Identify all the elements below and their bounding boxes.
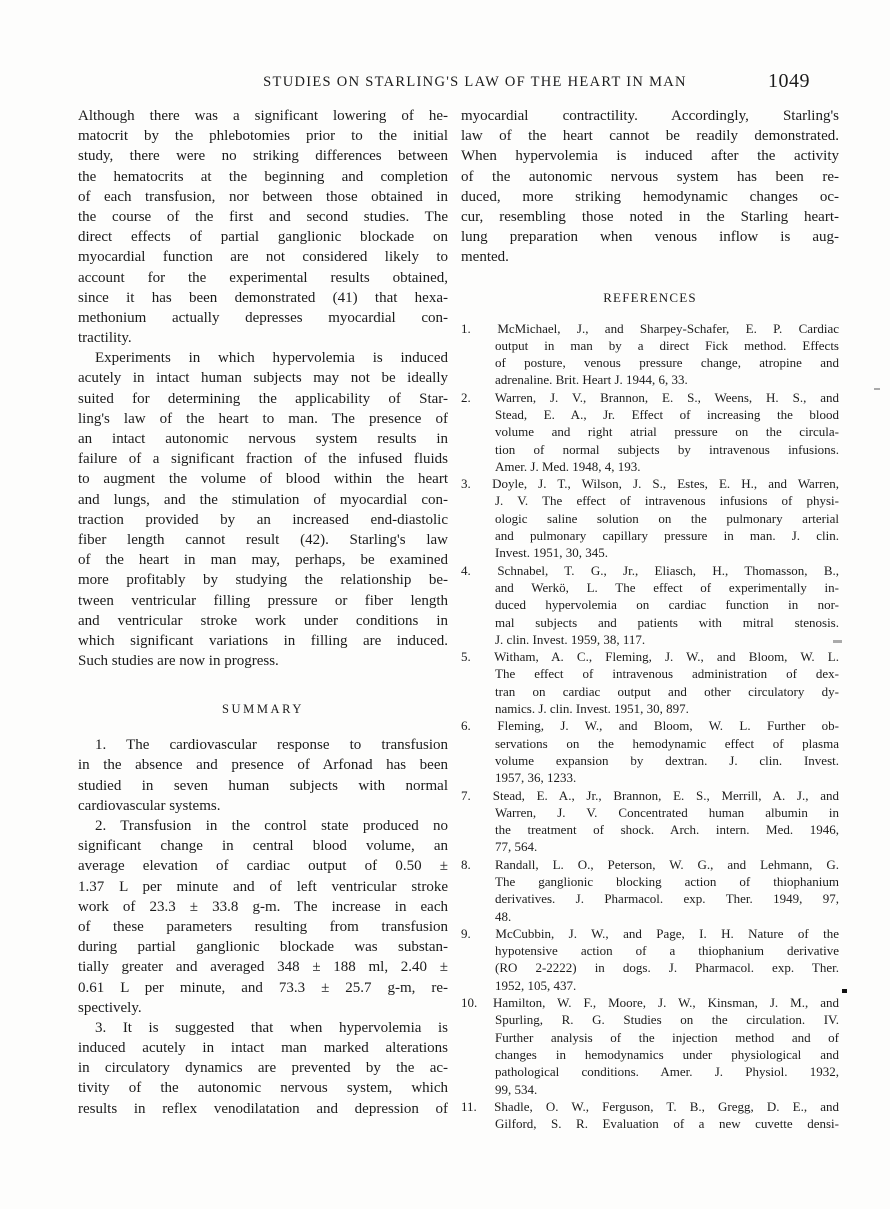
text-line: 3. It is suggested that when hypervolemi… bbox=[78, 1018, 448, 1038]
reference-line: ologic saline solution on the pulmonary … bbox=[461, 510, 839, 527]
reference-line: adrenaline. Brit. Heart J. 1944, 6, 33. bbox=[461, 371, 839, 388]
reference-line-first: 5. Witham, A. C., Fleming, J. W., and Bl… bbox=[461, 648, 839, 665]
reference-line-first: 7. Stead, E. A., Jr., Brannon, E. S., Me… bbox=[461, 787, 839, 804]
text-line: induced acutely in intact man marked alt… bbox=[78, 1038, 448, 1058]
running-head: STUDIES ON STARLING'S LAW OF THE HEART I… bbox=[78, 74, 838, 91]
text-line: results in reflex venodilatation and dep… bbox=[78, 1099, 448, 1119]
text-line: When hypervolemia is induced after the a… bbox=[461, 146, 839, 166]
reference-line: 1957, 36, 1233. bbox=[461, 769, 839, 786]
text-line: lung preparation when venous inflow is a… bbox=[461, 227, 839, 247]
text-line: to augment the volume of blood within th… bbox=[78, 469, 448, 489]
text-line: duced, more striking hemodynamic changes… bbox=[461, 187, 839, 207]
reference-line: Stead, E. A., Jr. Effect of increasing t… bbox=[461, 406, 839, 423]
reference-number: 7. bbox=[461, 787, 481, 804]
text-line: suited for determining the applicability… bbox=[78, 389, 448, 409]
text-line: methonium actually depresses myocardial … bbox=[78, 308, 448, 328]
text-line: 1. The cardiovascular response to transf… bbox=[78, 735, 448, 755]
reference-line: 77, 564. bbox=[461, 838, 839, 855]
reference-number: 8. bbox=[461, 856, 481, 873]
reference-line: Amer. J. Med. 1948, 4, 193. bbox=[461, 458, 839, 475]
reference-line: Spurling, R. G. Studies on the circulati… bbox=[461, 1011, 839, 1028]
text-line: fiber length cannot result (42). Starlin… bbox=[78, 530, 448, 550]
reference-line: the treatment of shock. Arch. intern. Me… bbox=[461, 821, 839, 838]
text-line: traction provided by an increased end-di… bbox=[78, 510, 448, 530]
text-line: of the autonomic nervous system has been… bbox=[461, 167, 839, 187]
reference-line-first: 9. McCubbin, J. W., and Page, I. H. Natu… bbox=[461, 925, 839, 942]
text-line: law of the heart cannot be readily demon… bbox=[461, 126, 839, 146]
text-line: of these parameters resulting from trans… bbox=[78, 917, 448, 937]
reference-line-first: 8. Randall, L. O., Peterson, W. G., and … bbox=[461, 856, 839, 873]
summary-text: 1. The cardiovascular response to transf… bbox=[78, 735, 448, 1119]
reference-number: 6. bbox=[461, 717, 481, 734]
text-line: in the absence and presence of Arfonad h… bbox=[78, 755, 448, 775]
reference-line-first: 2. Warren, J. V., Brannon, E. S., Weens,… bbox=[461, 389, 839, 406]
left-column-text: Although there was a significant lowerin… bbox=[78, 106, 448, 671]
text-line: mented. bbox=[461, 247, 839, 267]
reference-line-first: 11. Shadle, O. W., Ferguson, T. B., Greg… bbox=[461, 1098, 839, 1115]
text-line: which significant variations in filling … bbox=[78, 631, 448, 651]
text-line: tween ventricular filling pressure or fi… bbox=[78, 591, 448, 611]
reference-line-first: 1. McMichael, J., and Sharpey-Schafer, E… bbox=[461, 320, 839, 337]
text-line: and lungs, and the stimulation of myocar… bbox=[78, 490, 448, 510]
reference-number: 2. bbox=[461, 389, 481, 406]
reference-line: derivatives. J. Pharmacol. exp. Ther. 19… bbox=[461, 890, 839, 907]
reference-line: 48. bbox=[461, 908, 839, 925]
left-column: Although there was a significant lowerin… bbox=[78, 106, 448, 1119]
scan-artifact bbox=[842, 989, 847, 993]
reference-number: 11. bbox=[461, 1098, 481, 1115]
reference-line: volume and right atrial pressure on the … bbox=[461, 423, 839, 440]
text-line: ling's law of the heart to man. The pres… bbox=[78, 409, 448, 429]
reference-line: J. V. The effect of intravenous infusion… bbox=[461, 492, 839, 509]
reference-line: and Werkö, L. The effect of experimental… bbox=[461, 579, 839, 596]
page-number: 1049 bbox=[768, 70, 810, 93]
reference-line: tion of normal subjects by intravenous i… bbox=[461, 441, 839, 458]
text-line: the course of the first and second studi… bbox=[78, 207, 448, 227]
reference-line: volume expansion by dextran. J. clin. In… bbox=[461, 752, 839, 769]
reference-number: 4. bbox=[461, 562, 481, 579]
reference-line: and pulmonary capillary pressure in man.… bbox=[461, 527, 839, 544]
reference-line: Further analysis of the injection method… bbox=[461, 1029, 839, 1046]
text-line: direct effects of partial ganglionic blo… bbox=[78, 227, 448, 247]
reference-line-first: 3. Doyle, J. T., Wilson, J. S., Estes, E… bbox=[461, 475, 839, 492]
reference-line: The effect of intravenous administration… bbox=[461, 665, 839, 682]
text-line: cur, resembling those noted in the Starl… bbox=[461, 207, 839, 227]
scan-artifact bbox=[874, 388, 880, 390]
text-line: the hematocrits at the beginning and com… bbox=[78, 167, 448, 187]
text-line: 1.37 L per minute and of left ventricula… bbox=[78, 877, 448, 897]
text-line: study, there were no striking difference… bbox=[78, 146, 448, 166]
text-line: 0.61 L per minute, and 73.3 ± 25.7 g-m, … bbox=[78, 978, 448, 998]
text-line: during partial ganglionic blockade was s… bbox=[78, 937, 448, 957]
text-line: cardiovascular systems. bbox=[78, 796, 448, 816]
text-line: acutely in intact human subjects may not… bbox=[78, 368, 448, 388]
reference-line: tran on cardiac output and other circula… bbox=[461, 683, 839, 700]
text-line: tivity of the autonomic nervous system, … bbox=[78, 1078, 448, 1098]
text-line: an intact autonomic nervous system resul… bbox=[78, 429, 448, 449]
reference-line: 99, 534. bbox=[461, 1081, 839, 1098]
reference-line: hypotensive action of a thiophanium deri… bbox=[461, 942, 839, 959]
text-line: significant change in central blood volu… bbox=[78, 836, 448, 856]
reference-line: mal subjects and patients with mitral st… bbox=[461, 614, 839, 631]
text-line: more profitably by studying the relation… bbox=[78, 570, 448, 590]
reference-line: pathological conditions. Amer. J. Physio… bbox=[461, 1063, 839, 1080]
text-line: 2. Transfusion in the control state prod… bbox=[78, 816, 448, 836]
reference-line-first: 4. Schnabel, T. G., Jr., Eliasch, H., Th… bbox=[461, 562, 839, 579]
summary-heading: SUMMARY bbox=[78, 701, 448, 717]
text-line: and ventricular stroke work under condit… bbox=[78, 611, 448, 631]
reference-line: (RO 2-2222) in dogs. J. Pharmacol. exp. … bbox=[461, 959, 839, 976]
journal-page: STUDIES ON STARLING'S LAW OF THE HEART I… bbox=[0, 0, 890, 1209]
reference-line: J. clin. Invest. 1959, 38, 117. bbox=[461, 631, 839, 648]
text-line: spectively. bbox=[78, 998, 448, 1018]
reference-number: 1. bbox=[461, 320, 481, 337]
reference-line: Gilford, S. R. Evaluation of a new cuvet… bbox=[461, 1115, 839, 1132]
reference-line: namics. J. clin. Invest. 1951, 30, 897. bbox=[461, 700, 839, 717]
reference-line-first: 6. Fleming, J. W., and Bloom, W. L. Furt… bbox=[461, 717, 839, 734]
text-line: tractility. bbox=[78, 328, 448, 348]
page-header: STUDIES ON STARLING'S LAW OF THE HEART I… bbox=[78, 70, 838, 96]
reference-number: 9. bbox=[461, 925, 481, 942]
reference-line: 1952, 105, 437. bbox=[461, 977, 839, 994]
text-line: account for the experimental results obt… bbox=[78, 268, 448, 288]
text-line: failure of a significant fraction of the… bbox=[78, 449, 448, 469]
reference-number: 3. bbox=[461, 475, 481, 492]
reference-line: duced hypervolemia on cardiac function i… bbox=[461, 596, 839, 613]
references-heading: REFERENCES bbox=[461, 290, 839, 305]
text-line: of each transfusion, nor between those o… bbox=[78, 187, 448, 207]
text-line: myocardial function are not considered l… bbox=[78, 247, 448, 267]
text-line: in circulatory dynamics are prevented by… bbox=[78, 1058, 448, 1078]
text-line: tially greater and averaged 348 ± 188 ml… bbox=[78, 957, 448, 977]
reference-line: servations on the hemodynamic effect of … bbox=[461, 735, 839, 752]
text-line: Although there was a significant lowerin… bbox=[78, 106, 448, 126]
text-line: average elevation of cardiac output of 0… bbox=[78, 856, 448, 876]
text-line: matocrit by the phlebotomies prior to th… bbox=[78, 126, 448, 146]
reference-line: of posture, venous pressure change, atro… bbox=[461, 354, 839, 371]
reference-line-first: 10. Hamilton, W. F., Moore, J. W., Kinsm… bbox=[461, 994, 839, 1011]
text-line: since it has been demonstrated (41) that… bbox=[78, 288, 448, 308]
text-line: Experiments in which hypervolemia is ind… bbox=[78, 348, 448, 368]
reference-number: 5. bbox=[461, 648, 481, 665]
right-column: myocardial contractility. Accordingly, S… bbox=[461, 106, 839, 1132]
text-line: myocardial contractility. Accordingly, S… bbox=[461, 106, 839, 126]
text-line: work of 23.3 ± 33.8 g-m. The increase in… bbox=[78, 897, 448, 917]
reference-line: Invest. 1951, 30, 345. bbox=[461, 544, 839, 561]
reference-line: output in man by a direct Fick method. E… bbox=[461, 337, 839, 354]
right-column-text: myocardial contractility. Accordingly, S… bbox=[461, 106, 839, 268]
text-line: Such studies are now in progress. bbox=[78, 651, 448, 671]
text-line: studied in seven human subjects with nor… bbox=[78, 776, 448, 796]
references-list: 1. McMichael, J., and Sharpey-Schafer, E… bbox=[461, 320, 839, 1133]
reference-number: 10. bbox=[461, 994, 481, 1011]
reference-line: The ganglionic blocking action of thioph… bbox=[461, 873, 839, 890]
text-line: of the heart in man may, perhaps, be exa… bbox=[78, 550, 448, 570]
scan-artifact bbox=[833, 640, 842, 643]
reference-line: Warren, J. V. Concentrated human albumin… bbox=[461, 804, 839, 821]
reference-line: changes in hemodynamics under physiologi… bbox=[461, 1046, 839, 1063]
